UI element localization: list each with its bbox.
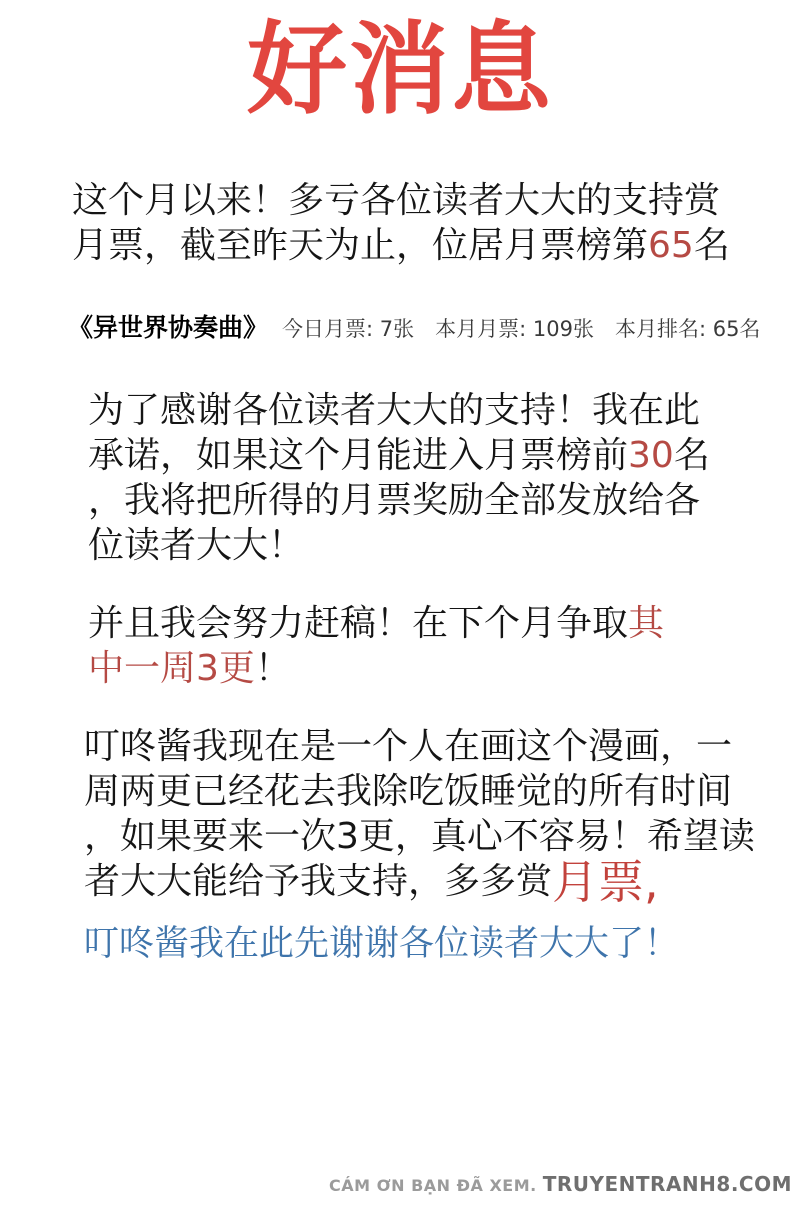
text-line: ，我将把所得的月票奖励全部发放给各 bbox=[88, 478, 710, 523]
text-segment: ！ bbox=[255, 648, 291, 689]
text-segment-red: 30 bbox=[628, 435, 674, 476]
text-segment: 这个月以来！多亏各位读者大大的支持赏 bbox=[72, 180, 720, 221]
text-line: 周两更已经花去我除吃饭睡觉的所有时间 bbox=[84, 769, 755, 814]
text-line: 中一周3更！ bbox=[88, 646, 664, 691]
text-segment-bigred: 月票, bbox=[552, 855, 659, 909]
text-line: 为了感谢各位读者大大的支持！我在此 bbox=[88, 388, 710, 433]
book-stats-line: 《异世界协奏曲》今日月票: 7张 本月月票: 109张 本月排名: 65名 bbox=[68, 308, 760, 344]
text-segment-red: 65 bbox=[648, 225, 694, 266]
text-segment: 承诺，如果这个月能进入月票榜前 bbox=[88, 435, 628, 476]
text-line: 承诺，如果这个月能进入月票榜前30名 bbox=[88, 433, 710, 478]
text-segment: 位读者大大！ bbox=[88, 525, 304, 566]
book-title: 《异世界协奏曲》 bbox=[68, 313, 268, 342]
paragraph-appeal: 叮咚酱我现在是一个人在画这个漫画，一 周两更已经花去我除吃饭睡觉的所有时间 ，如… bbox=[84, 724, 755, 905]
text-segment: 名 bbox=[674, 435, 710, 476]
text-segment: 名 bbox=[694, 225, 730, 266]
text-line: 位读者大大！ bbox=[88, 523, 710, 568]
text-segment: 并且我会努力赶稿！在下个月争取 bbox=[88, 603, 628, 644]
footer-credit: CÁM ƠN BẠN ĐÃ XEM.TRUYENTRANH8.COM bbox=[329, 1172, 792, 1196]
footer-site-name: TRUYENTRANH8.COM bbox=[543, 1172, 792, 1196]
text-segment: 月票，截至昨天为止，位居月票榜第 bbox=[72, 225, 648, 266]
text-segment-red: 其 bbox=[628, 603, 664, 644]
text-line: 并且我会努力赶稿！在下个月争取其 bbox=[88, 601, 664, 646]
page-title: 好消息 bbox=[0, 16, 800, 124]
text-line: ，如果要来一次3更，真心不容易！希望读 bbox=[84, 814, 755, 859]
paragraph-schedule: 并且我会努力赶稿！在下个月争取其 中一周3更！ bbox=[88, 601, 664, 691]
paragraph-promise: 为了感谢各位读者大大的支持！我在此 承诺，如果这个月能进入月票榜前30名 ，我将… bbox=[88, 388, 710, 568]
text-segment: ，我将把所得的月票奖励全部发放给各 bbox=[88, 480, 700, 521]
footer-thanks-text: CÁM ƠN BẠN ĐÃ XEM. bbox=[329, 1176, 537, 1195]
text-segment: ，如果要来一次3更，真心不容易！希望读 bbox=[84, 816, 755, 857]
thanks-line: 叮咚酱我在此先谢谢各位读者大大了！ bbox=[84, 922, 679, 967]
text-line: 者大大能给予我支持，多多赏月票, bbox=[84, 859, 755, 905]
text-line: 叮咚酱我现在是一个人在画这个漫画，一 bbox=[84, 724, 755, 769]
text-segment: 为了感谢各位读者大大的支持！我在此 bbox=[88, 390, 700, 431]
text-segment: 者大大能给予我支持，多多赏 bbox=[84, 861, 552, 902]
text-line: 这个月以来！多亏各位读者大大的支持赏 bbox=[72, 178, 730, 223]
paragraph-monthly-rank: 这个月以来！多亏各位读者大大的支持赏 月票，截至昨天为止，位居月票榜第65名 bbox=[72, 178, 730, 268]
text-segment: 叮咚酱我现在是一个人在画这个漫画，一 bbox=[84, 726, 732, 767]
text-segment: 周两更已经花去我除吃饭睡觉的所有时间 bbox=[84, 771, 732, 812]
monthly-ticket-stats: 今日月票: 7张 本月月票: 109张 本月排名: 65名 bbox=[282, 317, 760, 341]
text-line: 月票，截至昨天为止，位居月票榜第65名 bbox=[72, 223, 730, 268]
announcement-page: 好消息 这个月以来！多亏各位读者大大的支持赏 月票，截至昨天为止，位居月票榜第6… bbox=[0, 0, 800, 1210]
text-segment-red: 中一周3更 bbox=[88, 648, 255, 689]
